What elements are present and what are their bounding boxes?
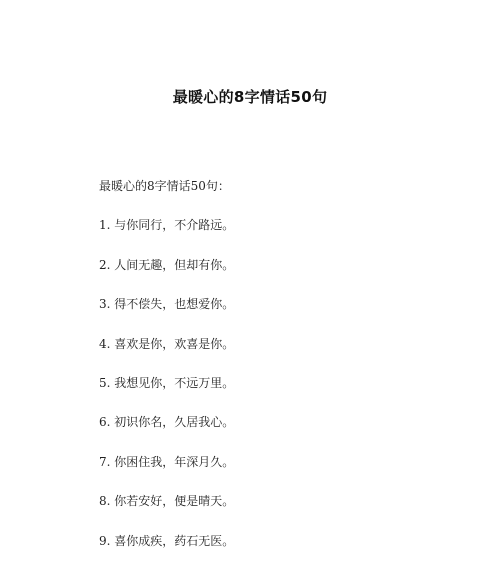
list-item: 5. 我想见你，不远万里。 — [99, 375, 234, 414]
list-item: 3. 得不偿失，也想爱你。 — [99, 296, 234, 335]
intro-line: 最暖心的8字情话50句： — [99, 178, 234, 217]
list-item: 1. 与你同行，不介路远。 — [99, 217, 234, 256]
document-body: 最暖心的8字情话50句： 1. 与你同行，不介路远。 2. 人间无趣，但却有你。… — [99, 178, 234, 566]
list-item: 2. 人间无趣，但却有你。 — [99, 257, 234, 296]
list-item: 8. 你若安好，便是晴天。 — [99, 493, 234, 532]
document-title: 最暖心的8字情话50句 — [0, 86, 500, 107]
list-item: 4. 喜欢是你，欢喜是你。 — [99, 336, 234, 375]
document-page: 最暖心的8字情话50句 最暖心的8字情话50句： 1. 与你同行，不介路远。 2… — [0, 0, 500, 566]
list-item: 9. 喜你成疾，药石无医。 — [99, 533, 234, 566]
list-item: 7. 你困住我，年深月久。 — [99, 454, 234, 493]
list-item: 6. 初识你名，久居我心。 — [99, 414, 234, 453]
